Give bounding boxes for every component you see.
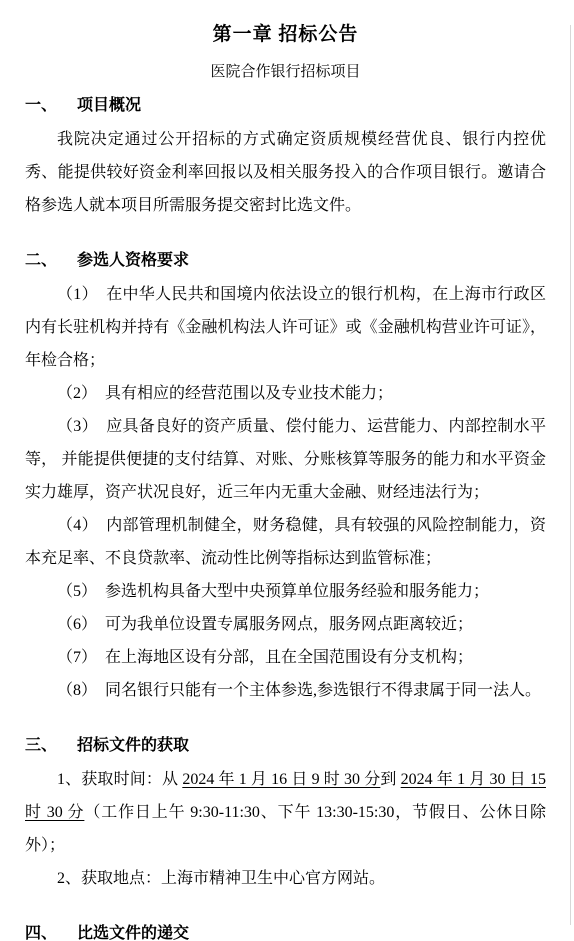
chapter-title: 第一章 招标公告 bbox=[25, 20, 546, 48]
section-4-title: 比选文件的递交 bbox=[77, 925, 189, 941]
qualification-item-2: （2） 具有相应的经营范围以及专业技术能力； bbox=[25, 377, 546, 410]
obtain-time-connector: 到 bbox=[380, 771, 400, 788]
section-1-title: 项目概况 bbox=[77, 97, 141, 114]
section-2-heading: 二、参选人资格要求 bbox=[25, 250, 546, 272]
qualification-item-4: （4） 内部管理机制健全，财务稳健，具有较强的风险控制能力，资本充足率、不良贷款… bbox=[25, 509, 546, 575]
qualification-item-6: （6） 可为我单位设置专属服务网点，服务网点距离较近； bbox=[25, 608, 546, 641]
section-4-heading: 四、比选文件的递交 bbox=[25, 923, 546, 941]
obtain-start-datetime: 2024 年 1 月 16 日 9 时 30 分 bbox=[182, 771, 380, 788]
section-1-number: 一、 bbox=[25, 95, 77, 117]
section-3-title: 招标文件的获取 bbox=[77, 737, 189, 754]
section-3-heading: 三、招标文件的获取 bbox=[25, 735, 546, 757]
qualification-item-8: （8） 同名银行只能有一个主体参选,参选银行不得隶属于同一法人。 bbox=[25, 674, 546, 707]
page-edge-line bbox=[570, 25, 571, 925]
obtain-time-note: （工作日上午 9:30-11:30、下午 13:30-15:30，节假日、公休日… bbox=[25, 804, 546, 854]
qualification-item-1: （1） 在中华人民共和国境内依法设立的银行机构，在上海市行政区内有长驻机构并持有… bbox=[25, 278, 546, 377]
section-2-title: 参选人资格要求 bbox=[77, 252, 189, 269]
document-page: 第一章 招标公告 医院合作银行招标项目 一、项目概况 我院决定通过公开招标的方式… bbox=[0, 0, 574, 941]
section-3-number: 三、 bbox=[25, 735, 77, 757]
section-2-number: 二、 bbox=[25, 250, 77, 272]
obtain-time-item: 1、获取时间：从 2024 年 1 月 16 日 9 时 30 分到 2024 … bbox=[25, 763, 546, 862]
section-1-heading: 一、项目概况 bbox=[25, 95, 546, 117]
section-4-number: 四、 bbox=[25, 923, 77, 941]
project-subtitle: 医院合作银行招标项目 bbox=[25, 62, 546, 82]
obtain-time-prefix: 1、获取时间：从 bbox=[57, 771, 182, 788]
section-1-paragraph: 我院决定通过公开招标的方式确定资质规模经营优良、银行内控优秀、能提供较好资金利率… bbox=[25, 123, 546, 222]
qualification-item-5: （5） 参选机构具备大型中央预算单位服务经验和服务能力； bbox=[25, 575, 546, 608]
qualification-item-7: （7） 在上海地区设有分部，且在全国范围设有分支机构； bbox=[25, 641, 546, 674]
qualification-item-3: （3） 应具备良好的资产质量、偿付能力、运营能力、内部控制水平等， 并能提供便捷… bbox=[25, 410, 546, 509]
obtain-location-item: 2、获取地点：上海市精神卫生中心官方网站。 bbox=[25, 862, 546, 895]
